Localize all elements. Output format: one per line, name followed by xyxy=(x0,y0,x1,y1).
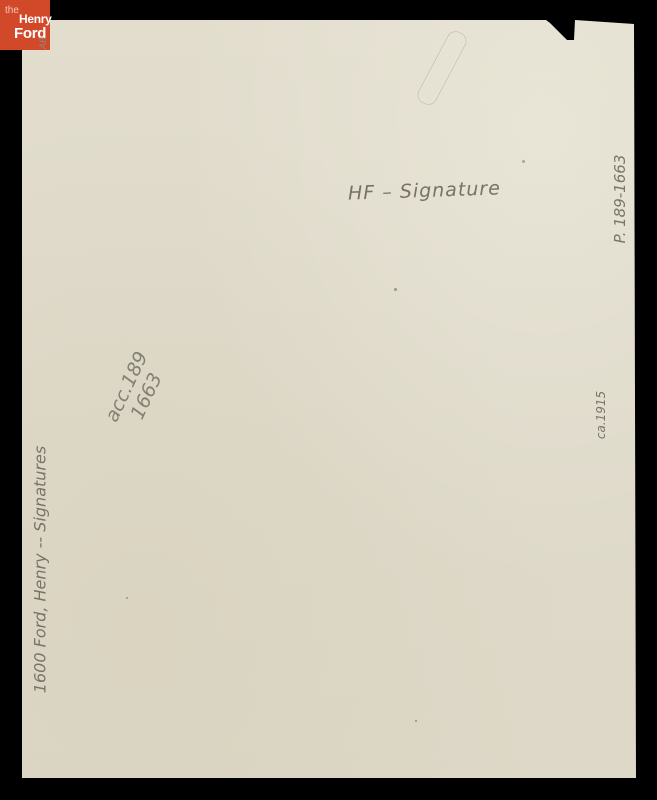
catalog-number-annotation: P. 189-1663 xyxy=(611,134,629,264)
paper-speck xyxy=(522,160,525,163)
classification-annotation: 1600 Ford, Henry -- Signatures xyxy=(31,440,50,700)
date-annotation: ca.1915 xyxy=(594,385,608,445)
paperclip-indentation xyxy=(414,28,469,108)
paper-speck xyxy=(126,597,128,599)
logo-henry: Henry xyxy=(19,13,52,25)
paper-speck xyxy=(415,720,417,722)
scan-viewer: the Henry Ford AB HF – Signature P. 189-… xyxy=(0,0,657,800)
corner-pencil-mark: AB xyxy=(39,37,49,49)
logo-the: the xyxy=(5,6,19,16)
paper-speck xyxy=(394,288,397,291)
